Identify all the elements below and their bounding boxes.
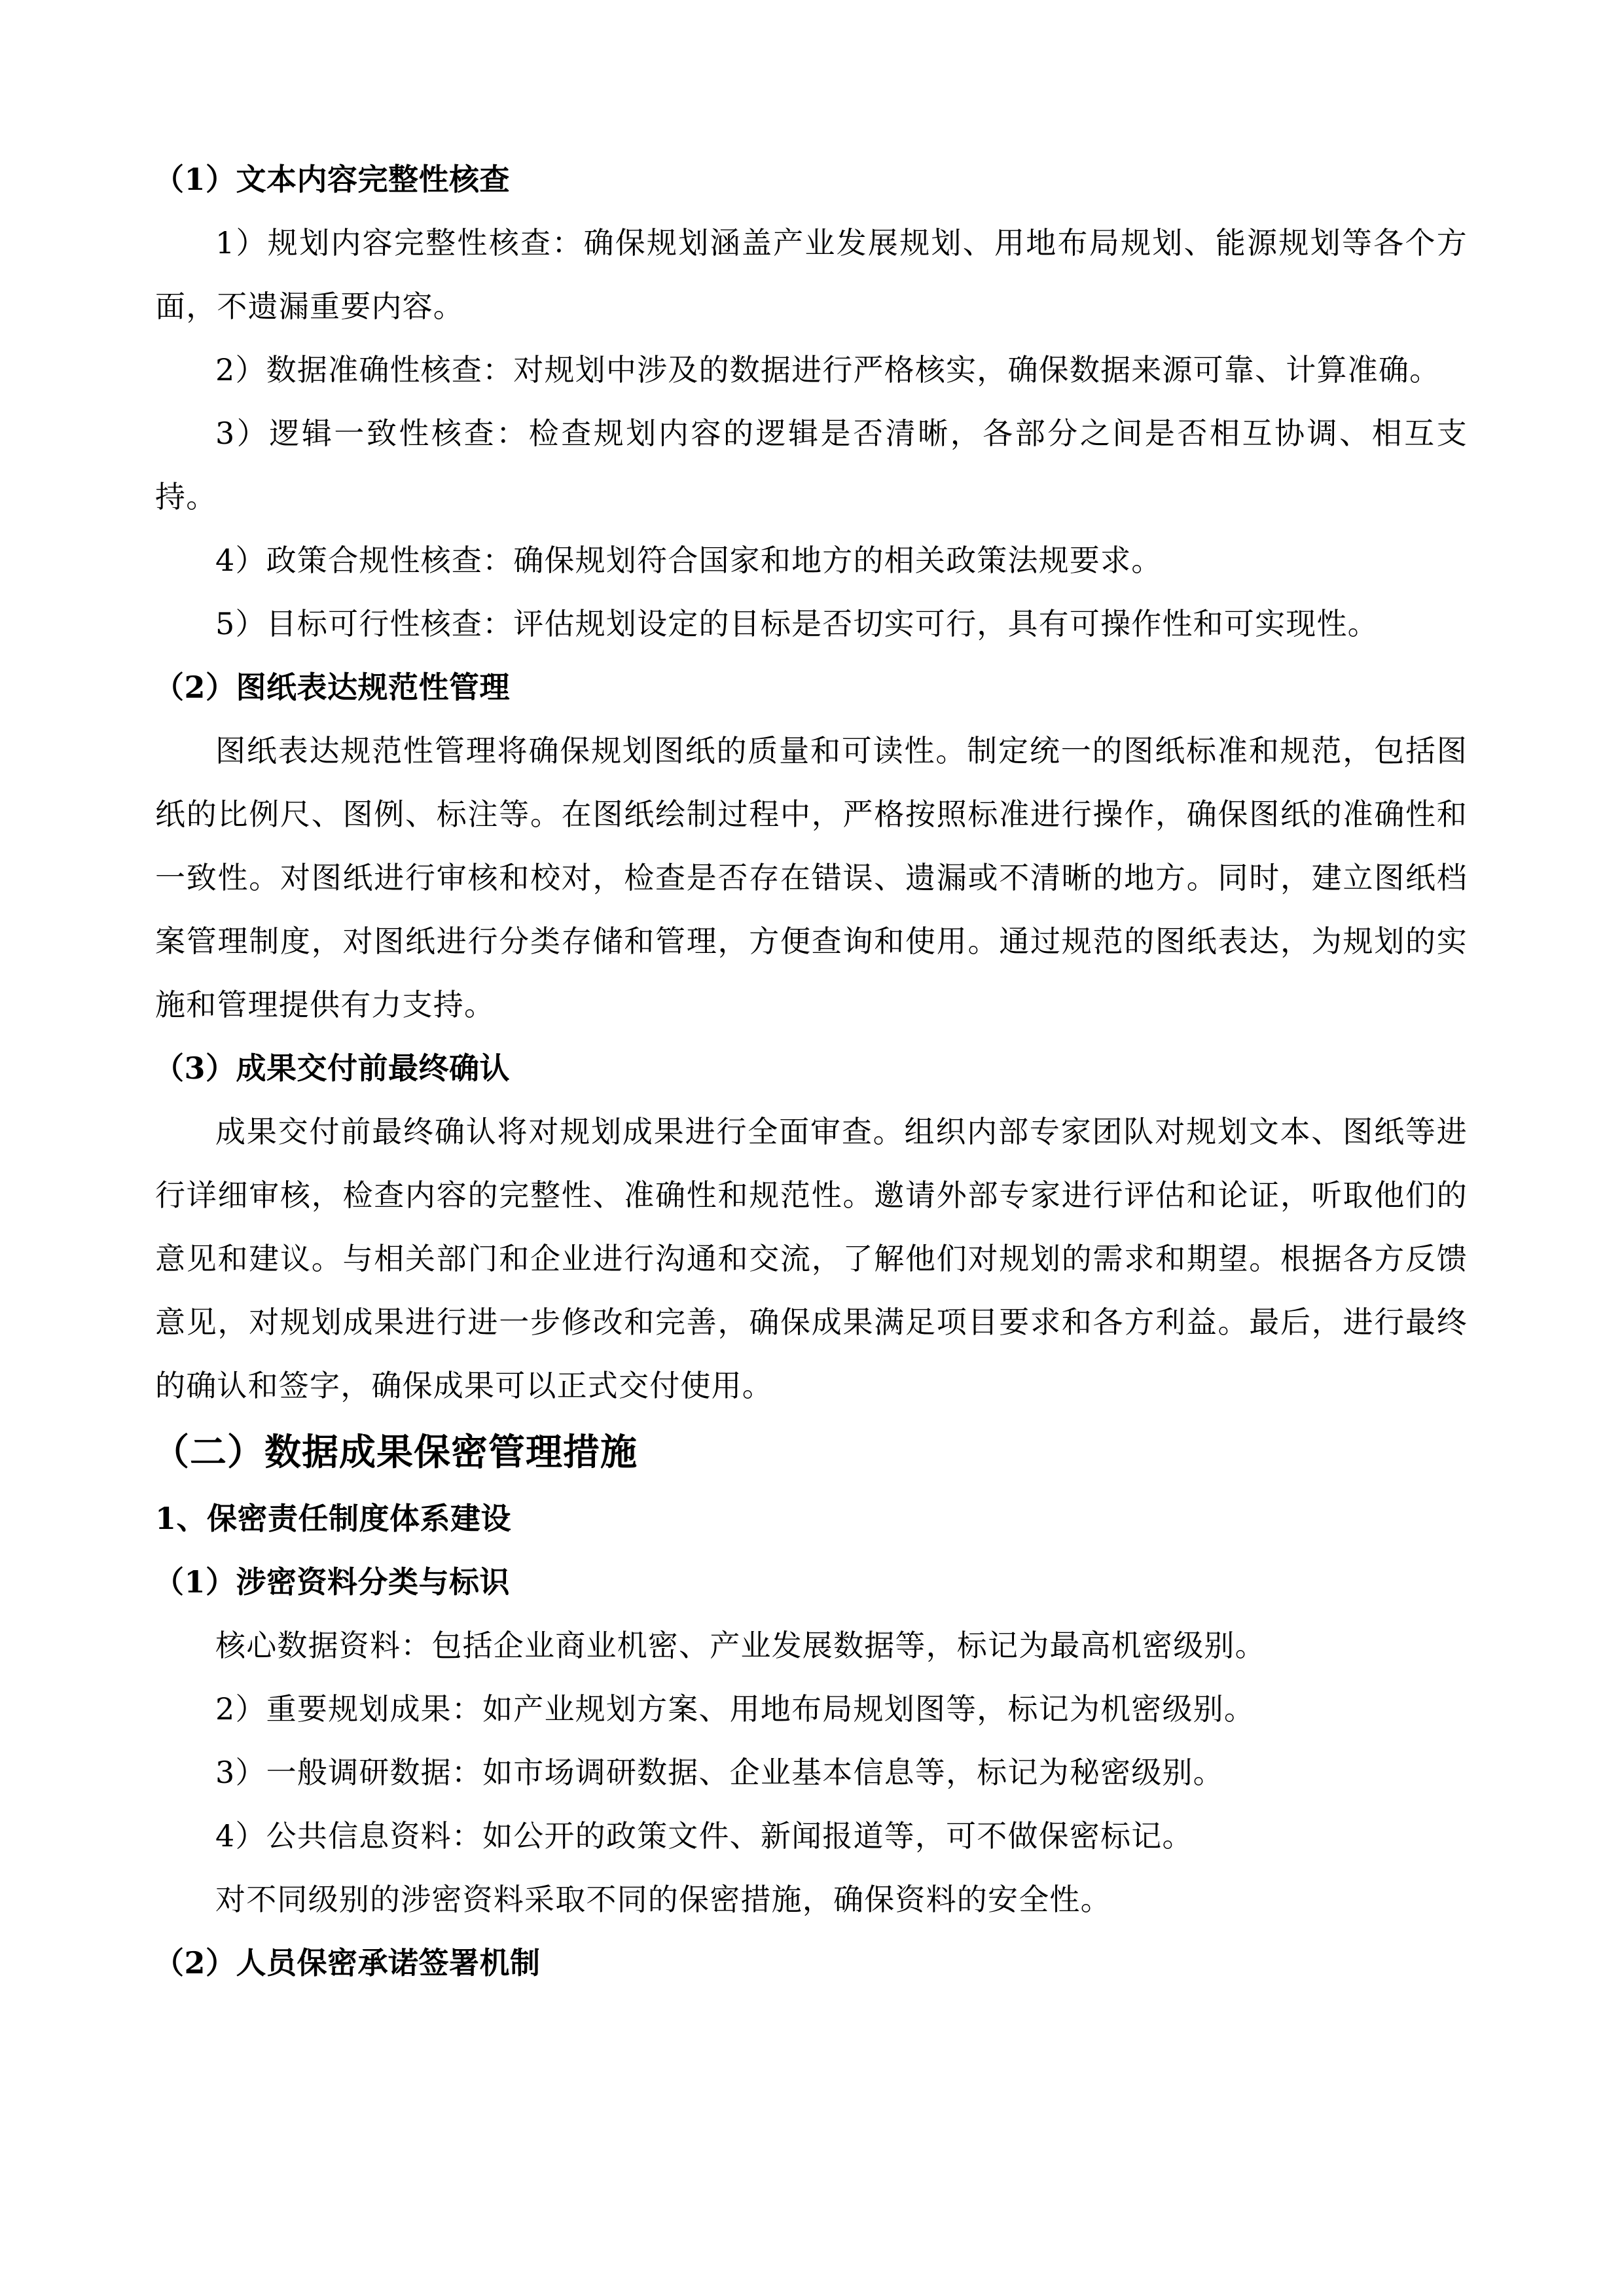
subheading-text-completeness-check: （1）文本内容完整性核查 — [154, 148, 1468, 211]
list-item-policy-compliance-check: 4）政策合规性核查：确保规划符合国家和地方的相关政策法规要求。 — [155, 529, 1468, 592]
list-item-plan-content-check: 1）规划内容完整性核查：确保规划涵盖产业发展规划、用地布局规划、能源规划等各个方… — [155, 211, 1468, 338]
paragraph-final-confirmation: 成果交付前最终确认将对规划成果进行全面审查。组织内部专家团队对规划文本、图纸等进… — [155, 1100, 1468, 1418]
heading-confidentiality-system: 1、保密责任制度体系建设 — [155, 1487, 1468, 1551]
document-page: （1）文本内容完整性核查 1）规划内容完整性核查：确保规划涵盖产业发展规划、用地… — [155, 148, 1468, 1995]
subheading-final-confirmation: （3）成果交付前最终确认 — [154, 1037, 1468, 1100]
list-item-logic-consistency-check: 3）逻辑一致性核查：检查规划内容的逻辑是否清晰，各部分之间是否相互协调、相互支持… — [155, 402, 1468, 529]
list-item-core-data: 核心数据资料：包括企业商业机密、产业发展数据等，标记为最高机密级别。 — [155, 1614, 1468, 1677]
list-item-data-accuracy-check: 2）数据准确性核查：对规划中涉及的数据进行严格核实，确保数据来源可靠、计算准确。 — [155, 338, 1468, 402]
section-heading-data-confidentiality: （二）数据成果保密管理措施 — [153, 1418, 1468, 1487]
paragraph-classification-measures: 对不同级别的涉密资料采取不同的保密措施，确保资料的安全性。 — [155, 1868, 1468, 1931]
list-item-general-research-data: 3）一般调研数据：如市场调研数据、企业基本信息等，标记为秘密级别。 — [155, 1741, 1468, 1804]
subheading-classified-material: （1）涉密资料分类与标识 — [154, 1551, 1468, 1614]
subheading-personnel-commitment: （2）人员保密承诺签署机制 — [154, 1931, 1468, 1995]
paragraph-drawing-standardization: 图纸表达规范性管理将确保规划图纸的质量和可读性。制定统一的图纸标准和规范，包括图… — [155, 719, 1468, 1037]
list-item-goal-feasibility-check: 5）目标可行性核查：评估规划设定的目标是否切实可行，具有可操作性和可实现性。 — [155, 592, 1468, 656]
list-item-important-results: 2）重要规划成果：如产业规划方案、用地布局规划图等，标记为机密级别。 — [155, 1677, 1468, 1741]
subheading-drawing-standardization: （2）图纸表达规范性管理 — [154, 656, 1468, 719]
list-item-public-information: 4）公共信息资料：如公开的政策文件、新闻报道等，可不做保密标记。 — [155, 1804, 1468, 1868]
